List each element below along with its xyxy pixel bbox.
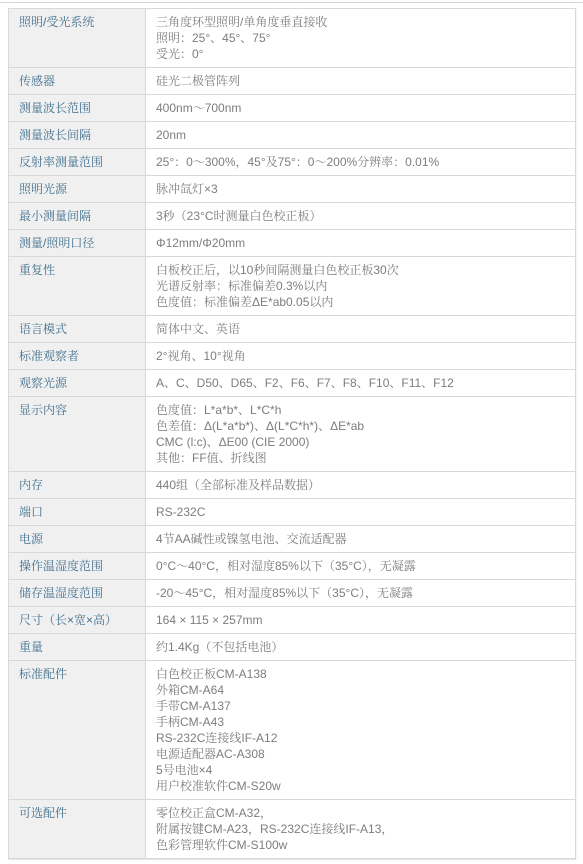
spec-value-line: A、C、D50、D65、F2、F6、F7、F8、F10、F11、F12 [156,375,567,391]
spec-value-line: 照明：25°、45°、75° [156,30,567,46]
spec-value-line: 附属按键CM-A23，RS-232C连接线IF-A13， [156,821,567,837]
spec-value-line: 外箱CM-A64 [156,682,567,698]
spec-value-line: RS-232C连接线IF-A12 [156,730,567,746]
spec-row-value: 白板校正后，以10秒间隔测量白色校正板30次光谱反射率：标准偏差0.3%以内色度… [146,257,576,316]
spec-row-value: 20nm [146,122,576,149]
spec-row-label: 语言模式 [9,316,146,343]
spec-value-line: 色彩管理软件CM-S100w [156,837,567,853]
spec-row-label: 照明/受光系统 [9,9,146,68]
spec-row-value: 25°：0～300%，45°及75°：0～200%分辨率：0.01% [146,149,576,176]
spec-row-label: 操作温湿度范围 [9,553,146,580]
spec-row: 测量波长间隔20nm [9,122,576,149]
spec-row-label: 测量/照明口径 [9,230,146,257]
spec-table: 照明/受光系统三角度环型照明/单角度垂直接收照明：25°、45°、75°受光：0… [8,8,576,859]
spec-row-value: 约1.4Kg（不包括电池） [146,634,576,661]
spec-value-line: 色度值：L*a*b*、L*C*h [156,402,567,418]
spec-value-line: 手柄CM-A43 [156,714,567,730]
top-divider [0,2,583,3]
spec-row-label: 照明光源 [9,176,146,203]
spec-row: 照明/受光系统三角度环型照明/单角度垂直接收照明：25°、45°、75°受光：0… [9,9,576,68]
spec-value-line: 简体中文、英语 [156,321,567,337]
spec-value-line: 440组（全部标准及样品数据） [156,477,567,493]
spec-row-value: 400nm～700nm [146,95,576,122]
spec-row: 尺寸（长×宽×高）164 × 115 × 257mm [9,607,576,634]
spec-row-label: 内存 [9,472,146,499]
spec-row-label: 测量波长范围 [9,95,146,122]
spec-row-value: 三角度环型照明/单角度垂直接收照明：25°、45°、75°受光：0° [146,9,576,68]
spec-row: 显示内容色度值：L*a*b*、L*C*h色差值：Δ(L*a*b*)、Δ(L*C*… [9,397,576,472]
spec-row-value: A、C、D50、D65、F2、F6、F7、F8、F10、F11、F12 [146,370,576,397]
spec-value-line: 25°：0～300%，45°及75°：0～200%分辨率：0.01% [156,154,567,170]
spec-row-label: 端口 [9,499,146,526]
spec-row-label: 储存温湿度范围 [9,580,146,607]
spec-row: 操作温湿度范围0°C～40°C，相对湿度85%以下（35°C），无凝露 [9,553,576,580]
spec-value-line: 硅光二极管阵列 [156,73,567,89]
spec-page: 照明/受光系统三角度环型照明/单角度垂直接收照明：25°、45°、75°受光：0… [0,0,583,864]
spec-row: 最小测量间隔3秒（23°C时测量白色校正板） [9,203,576,230]
spec-value-line: Φ12mm/Φ20mm [156,235,567,251]
spec-value-line: 色差值：Δ(L*a*b*)、Δ(L*C*h*)、ΔE*ab [156,418,567,434]
spec-row: 语言模式简体中文、英语 [9,316,576,343]
spec-row: 重复性白板校正后，以10秒间隔测量白色校正板30次光谱反射率：标准偏差0.3%以… [9,257,576,316]
spec-value-line: 手带CM-A137 [156,698,567,714]
spec-row-label: 电源 [9,526,146,553]
spec-row-label: 最小测量间隔 [9,203,146,230]
spec-row-label: 显示内容 [9,397,146,472]
spec-value-line: 其他：FF值、折线图 [156,450,567,466]
spec-row-value: Φ12mm/Φ20mm [146,230,576,257]
spec-row-value: 440组（全部标准及样品数据） [146,472,576,499]
spec-row: 反射率测量范围25°：0～300%，45°及75°：0～200%分辨率：0.01… [9,149,576,176]
spec-value-line: 20nm [156,127,567,143]
spec-row-label: 标准观察者 [9,343,146,370]
spec-value-line: 光谱反射率：标准偏差0.3%以内 [156,278,567,294]
spec-value-line: 色度值：标准偏差ΔE*ab0.05以内 [156,294,567,310]
spec-value-line: 电源适配器AC-A308 [156,746,567,762]
spec-row-value: 硅光二极管阵列 [146,68,576,95]
spec-value-line: 用户校准软件CM-S20w [156,778,567,794]
spec-row: 可选配件零位校正盒CM-A32，附属按键CM-A23，RS-232C连接线IF-… [9,800,576,859]
spec-value-line: 白色校正板CM-A138 [156,666,567,682]
spec-row-label: 可选配件 [9,800,146,859]
spec-row-label: 尺寸（长×宽×高） [9,607,146,634]
spec-row: 端口RS-232C [9,499,576,526]
spec-row: 重量约1.4Kg（不包括电池） [9,634,576,661]
spec-value-line: 三角度环型照明/单角度垂直接收 [156,14,567,30]
spec-row: 标准观察者2°视角、10°视角 [9,343,576,370]
spec-value-line: 约1.4Kg（不包括电池） [156,639,567,655]
spec-value-line: 0°C～40°C，相对湿度85%以下（35°C），无凝露 [156,558,567,574]
spec-row-value: 164 × 115 × 257mm [146,607,576,634]
spec-row-value: 脉冲氙灯×3 [146,176,576,203]
spec-row-value: 3秒（23°C时测量白色校正板） [146,203,576,230]
spec-row: 电源4节AA碱性或镍氢电池、交流适配器 [9,526,576,553]
spec-row: 照明光源脉冲氙灯×3 [9,176,576,203]
spec-row-value: 白色校正板CM-A138外箱CM-A64手带CM-A137手柄CM-A43RS-… [146,661,576,800]
spec-row: 观察光源A、C、D50、D65、F2、F6、F7、F8、F10、F11、F12 [9,370,576,397]
spec-value-line: 400nm～700nm [156,100,567,116]
spec-value-line: 3秒（23°C时测量白色校正板） [156,208,567,224]
spec-row-label: 重复性 [9,257,146,316]
spec-table-body: 照明/受光系统三角度环型照明/单角度垂直接收照明：25°、45°、75°受光：0… [9,9,576,859]
spec-row-label: 重量 [9,634,146,661]
spec-value-line: 白板校正后，以10秒间隔测量白色校正板30次 [156,262,567,278]
spec-value-line: 脉冲氙灯×3 [156,181,567,197]
spec-value-line: 2°视角、10°视角 [156,348,567,364]
spec-row-label: 传感器 [9,68,146,95]
spec-row-value: RS-232C [146,499,576,526]
spec-row-label: 反射率测量范围 [9,149,146,176]
spec-row: 测量波长范围400nm～700nm [9,95,576,122]
spec-value-line: 4节AA碱性或镍氢电池、交流适配器 [156,531,567,547]
spec-row: 标准配件白色校正板CM-A138外箱CM-A64手带CM-A137手柄CM-A4… [9,661,576,800]
spec-row-label: 观察光源 [9,370,146,397]
spec-row-value: 零位校正盒CM-A32，附属按键CM-A23，RS-232C连接线IF-A13，… [146,800,576,859]
spec-row: 储存温湿度范围-20～45°C，相对湿度85%以下（35°C），无凝露 [9,580,576,607]
spec-row-value: 色度值：L*a*b*、L*C*h色差值：Δ(L*a*b*)、Δ(L*C*h*)、… [146,397,576,472]
spec-value-line: 5号电池×4 [156,762,567,778]
spec-row-value: 0°C～40°C，相对湿度85%以下（35°C），无凝露 [146,553,576,580]
spec-row-value: -20～45°C，相对湿度85%以下（35°C），无凝露 [146,580,576,607]
spec-row: 传感器硅光二极管阵列 [9,68,576,95]
spec-value-line: 受光：0° [156,46,567,62]
spec-row-value: 2°视角、10°视角 [146,343,576,370]
spec-row-label: 标准配件 [9,661,146,800]
spec-value-line: 164 × 115 × 257mm [156,612,567,628]
spec-value-line: 零位校正盒CM-A32， [156,805,567,821]
spec-row-label: 测量波长间隔 [9,122,146,149]
spec-value-line: CMC (l:c)、ΔE00 (CIE 2000) [156,434,567,450]
spec-row-value: 4节AA碱性或镍氢电池、交流适配器 [146,526,576,553]
spec-value-line: -20～45°C，相对湿度85%以下（35°C），无凝露 [156,585,567,601]
spec-row: 内存440组（全部标准及样品数据） [9,472,576,499]
spec-row-value: 简体中文、英语 [146,316,576,343]
spec-row: 测量/照明口径Φ12mm/Φ20mm [9,230,576,257]
spec-value-line: RS-232C [156,504,567,520]
